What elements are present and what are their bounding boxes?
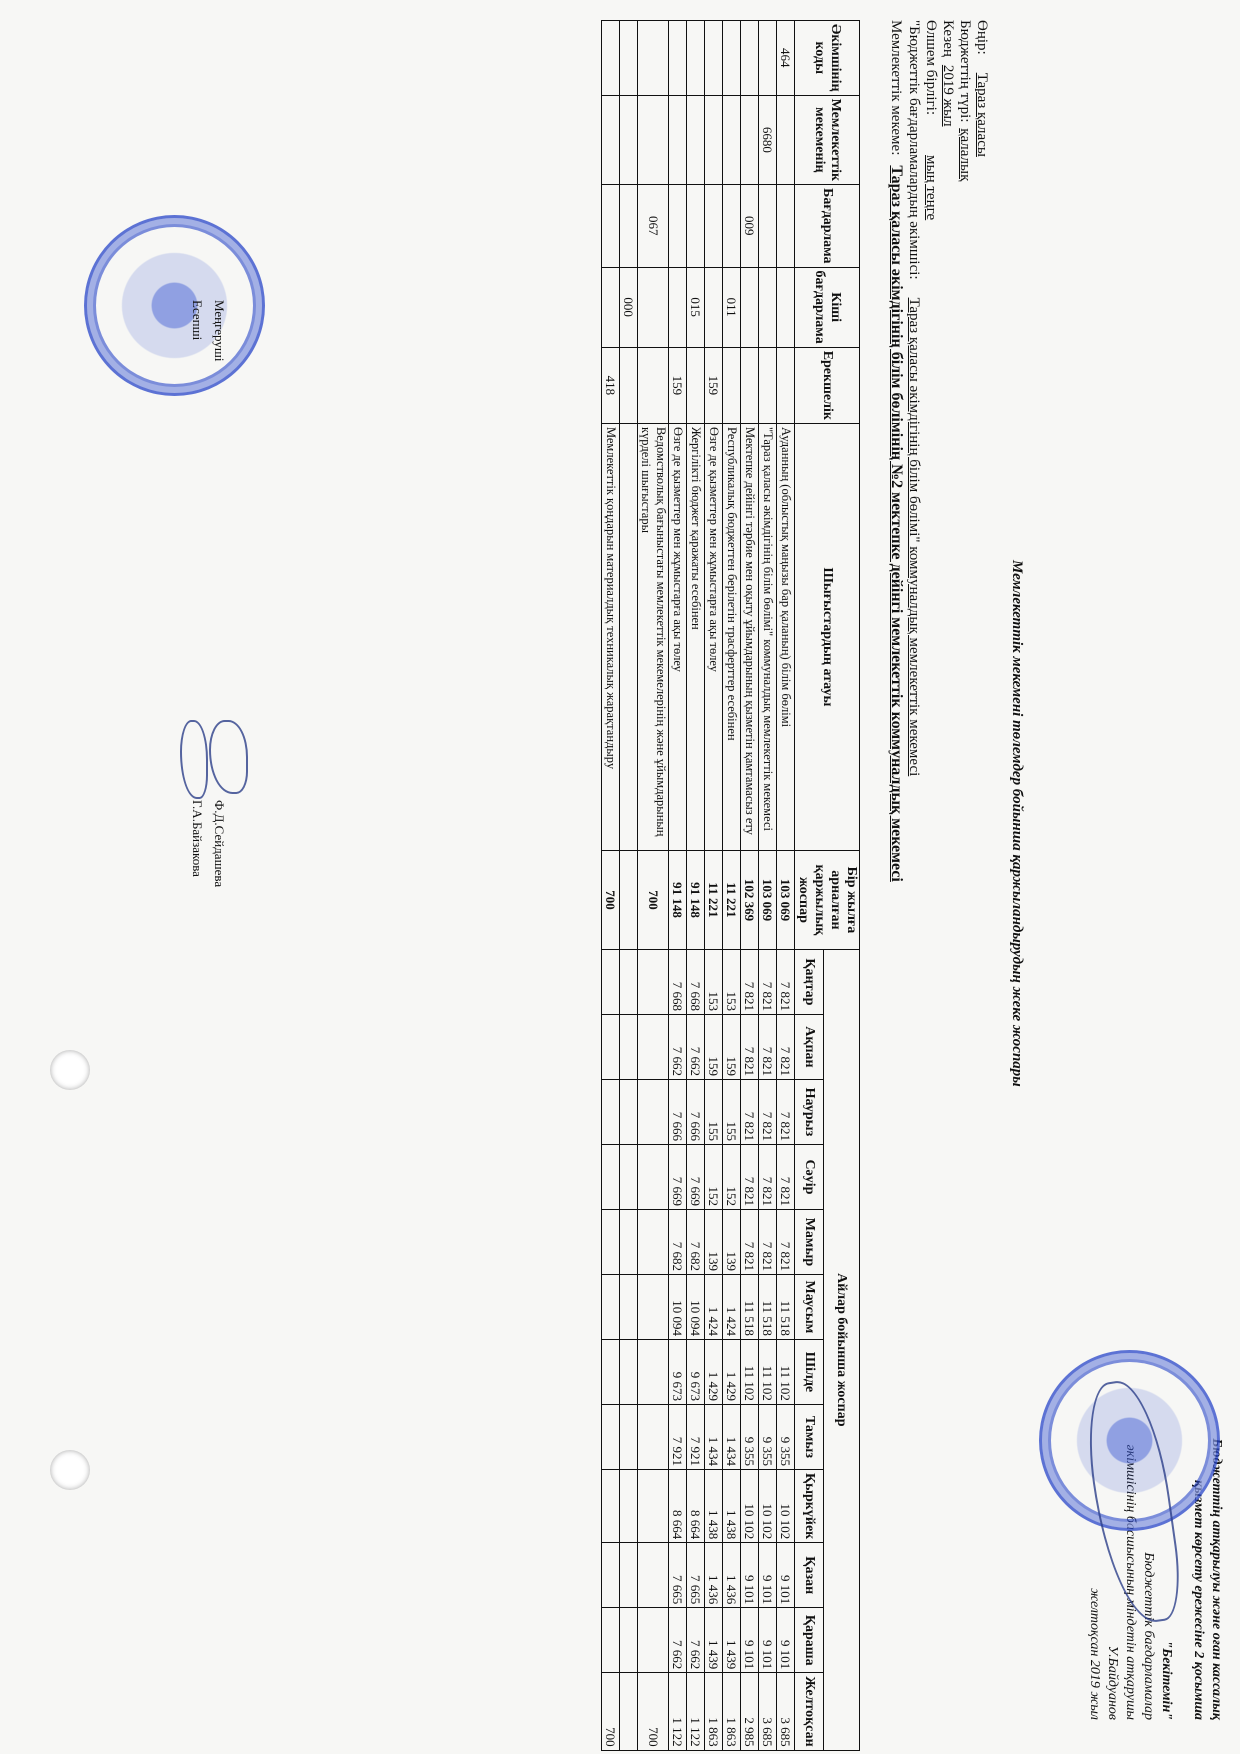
cell-month: 7 821: [777, 1079, 795, 1144]
cell-inst: [669, 95, 687, 185]
cell-annual: 700: [602, 850, 620, 949]
region-value: Тараз қаласы: [974, 73, 990, 157]
cell-month: 7 665: [669, 1543, 687, 1608]
cell-month: [638, 1079, 669, 1144]
cell-month: [620, 1339, 638, 1404]
cell-month: 7 921: [669, 1404, 687, 1469]
cell-month: [638, 1144, 669, 1209]
cell-month: [620, 1144, 638, 1209]
cell-month: 3 685: [777, 1673, 795, 1750]
cell-month: [638, 1543, 669, 1608]
col-month: Маусым: [795, 1274, 824, 1339]
cell-prog: [777, 185, 795, 267]
cell-prog: [687, 185, 705, 267]
cell-prog: 009: [741, 185, 759, 267]
cell-month: 7 821: [741, 1079, 759, 1144]
col-month: Қазан: [795, 1543, 824, 1608]
punch-hole-icon: [50, 1050, 90, 1090]
cell-month: [620, 949, 638, 1014]
cell-name: Ведомстволық бағыныстағы мемлекеттік мек…: [638, 423, 669, 850]
cell-prog: [602, 185, 620, 267]
table-row: 009Мектепке дейінгі тәрбие мен оқыту ұйы…: [741, 21, 759, 1751]
cell-inst: [741, 95, 759, 185]
landscape-page: Өңір:Тараз қаласы Бюджеттің түрі: қалалы…: [0, 0, 1240, 1754]
cell-annual: [620, 850, 638, 949]
cell-month: 1 434: [723, 1404, 741, 1469]
cell-month: 7 662: [687, 1014, 705, 1079]
cell-month: 11 518: [759, 1274, 777, 1339]
financing-plan-table: Әкімшінің коды Мемлекеттік мекеменің Бағ…: [601, 20, 860, 1751]
cell-month: 7 821: [777, 949, 795, 1014]
cell-annual: 11 221: [705, 850, 723, 949]
cell-annual: 11 221: [723, 850, 741, 949]
cell-admin: [759, 21, 777, 96]
col-expense-name: Шығыстардың атауы: [795, 423, 860, 850]
signer-name-accountant: Г.А.Байзакова: [186, 800, 208, 887]
cell-admin: [669, 21, 687, 96]
cell-spec: [638, 347, 669, 423]
cell-month: [620, 1014, 638, 1079]
cell-month: 9 101: [741, 1543, 759, 1608]
cell-month: 1 434: [705, 1404, 723, 1469]
col-month: Желтоқсан: [795, 1673, 824, 1750]
cell-month: 139: [705, 1209, 723, 1274]
cell-name: Жергілікті бюджет қаражаты есебінен: [687, 423, 705, 850]
cell-month: 152: [723, 1144, 741, 1209]
cell-spec: [620, 347, 638, 423]
col-month: Шілде: [795, 1339, 824, 1404]
table-row: 6680"Тараз қаласы әкімдігінің білім бөлі…: [759, 21, 777, 1751]
cell-month: 9 101: [759, 1543, 777, 1608]
cell-month: 7 821: [759, 1209, 777, 1274]
cell-month: 155: [723, 1079, 741, 1144]
cell-sub: 015: [687, 267, 705, 347]
cell-month: 10 102: [759, 1469, 777, 1542]
table-row: 464Ауданның (облыстық маңызы бар қаланың…: [777, 21, 795, 1751]
cell-inst: [602, 95, 620, 185]
cell-prog: [620, 185, 638, 267]
cell-month: 139: [723, 1209, 741, 1274]
signers-block: Меңгеруші Есепші Ф.Д.Сейдашева Г.А.Байза…: [186, 300, 230, 362]
cell-month: [638, 949, 669, 1014]
period-line: Кезең2019 жыл: [939, 20, 956, 882]
cell-month: 1 429: [705, 1339, 723, 1404]
cell-admin: [638, 21, 669, 96]
cell-spec: [723, 347, 741, 423]
table-row: 015Жергілікті бюджет қаражаты есебінен91…: [687, 21, 705, 1751]
table-row: 159Өзге де қызметтер мен жұмыстарға ақы …: [669, 21, 687, 1751]
period-value: 2019 жыл: [940, 65, 956, 127]
cell-month: 9 673: [669, 1339, 687, 1404]
cell-name: Өзге де қызметтер мен жұмыстарға ақы төл…: [705, 423, 723, 850]
cell-annual: 103 069: [759, 850, 777, 949]
cell-month: [602, 1469, 620, 1542]
signer-role-accountant: Есепші: [186, 300, 208, 362]
cell-month: 11 518: [777, 1274, 795, 1339]
cell-annual: 91 148: [687, 850, 705, 949]
cell-month: 10 094: [669, 1274, 687, 1339]
col-annual-plan: Бір жылға арналған қаржылық жоспар: [795, 850, 860, 949]
cell-inst: 6680: [759, 95, 777, 185]
cell-month: 10 094: [687, 1274, 705, 1339]
cell-month: [638, 1209, 669, 1274]
cell-month: 9 101: [741, 1608, 759, 1673]
cell-month: 8 664: [669, 1469, 687, 1542]
budget-type-line: Бюджеттің түрі: қалалық: [956, 20, 973, 882]
cell-sub: [669, 267, 687, 347]
cell-month: 7 821: [741, 1209, 759, 1274]
cell-month: 153: [723, 949, 741, 1014]
cell-prog: [669, 185, 687, 267]
cell-month: [638, 1339, 669, 1404]
cell-month: 10 102: [741, 1469, 759, 1542]
table-row: 011Республикалық бюджеттен берілетін тра…: [723, 21, 741, 1751]
cell-month: 7 669: [687, 1144, 705, 1209]
cell-month: 7 821: [759, 949, 777, 1014]
cell-month: 7 666: [669, 1079, 687, 1144]
col-institution: Мемлекеттік мекеменің: [795, 95, 860, 185]
col-admin-code: Әкімшінің коды: [795, 21, 860, 96]
cell-prog: [759, 185, 777, 267]
cell-sub: [741, 267, 759, 347]
cell-month: [620, 1404, 638, 1469]
cell-month: [602, 1274, 620, 1339]
cell-month: 8 664: [687, 1469, 705, 1542]
cell-name: Республикалық бюджеттен берілетін трасфе…: [723, 423, 741, 850]
cell-admin: [741, 21, 759, 96]
cell-spec: 159: [669, 347, 687, 423]
cell-month: 159: [705, 1014, 723, 1079]
cell-month: 1 429: [723, 1339, 741, 1404]
cell-month: 153: [705, 949, 723, 1014]
cell-month: 7 662: [687, 1608, 705, 1673]
col-specifics: Ерекшелік: [795, 347, 860, 423]
table-body: 464Ауданның (облыстық маңызы бар қаланың…: [602, 21, 795, 1751]
col-month: Сәуір: [795, 1144, 824, 1209]
cell-month: [602, 1144, 620, 1209]
cell-sub: 011: [723, 267, 741, 347]
cell-month: 7 668: [687, 949, 705, 1014]
administrator-value: Тараз қаласы әкімдігінің білім бөлімі" к…: [906, 298, 922, 777]
cell-month: 9 101: [777, 1543, 795, 1608]
cell-month: 155: [705, 1079, 723, 1144]
cell-month: 7 668: [669, 949, 687, 1014]
cell-spec: [759, 347, 777, 423]
cell-month: 11 102: [759, 1339, 777, 1404]
cell-month: 7 821: [777, 1014, 795, 1079]
col-month: Қаңтар: [795, 949, 824, 1014]
col-monthly-group: Айлар бойынша жоспар: [823, 949, 859, 1750]
cell-spec: [741, 347, 759, 423]
cell-admin: 464: [777, 21, 795, 96]
cell-inst: [687, 95, 705, 185]
cell-month: 1 424: [723, 1274, 741, 1339]
cell-month: [620, 1673, 638, 1750]
cell-month: [638, 1608, 669, 1673]
cell-month: 1 439: [723, 1608, 741, 1673]
cell-month: 3 685: [759, 1673, 777, 1750]
cell-month: [602, 1404, 620, 1469]
col-month: Тамыз: [795, 1404, 824, 1469]
cell-month: [638, 1014, 669, 1079]
cell-sub: [638, 267, 669, 347]
cell-month: 9 101: [777, 1608, 795, 1673]
cell-month: [620, 1079, 638, 1144]
cell-month: 1 122: [687, 1673, 705, 1750]
cell-prog: 067: [638, 185, 669, 267]
cell-month: 7 821: [759, 1014, 777, 1079]
cell-month: [638, 1274, 669, 1339]
cell-name: [620, 423, 638, 850]
cell-annual: 103 069: [777, 850, 795, 949]
col-subprogram: Кіші бағдарлама: [795, 267, 860, 347]
cell-month: 1 436: [723, 1543, 741, 1608]
cell-month: [620, 1543, 638, 1608]
cell-month: 7 662: [669, 1014, 687, 1079]
cell-admin: [620, 21, 638, 96]
unit-value: мың теңге: [923, 155, 939, 220]
cell-month: 11 102: [777, 1339, 795, 1404]
budget-type-value: қалалық: [957, 128, 973, 181]
cell-month: 7 821: [759, 1079, 777, 1144]
document-title: Мемлекеттік мекемені төлемдер бойынша қа…: [1008, 560, 1025, 1087]
cell-inst: [777, 95, 795, 185]
cell-inst: [638, 95, 669, 185]
cell-month: [602, 1079, 620, 1144]
cell-month: 9 355: [759, 1404, 777, 1469]
cell-name: Ауданның (облыстық маңызы бар қаланың) б…: [777, 423, 795, 850]
col-month: Қыркүйек: [795, 1469, 824, 1542]
cell-annual: 700: [638, 850, 669, 949]
signer-name-head: Ф.Д.Сейдашева: [208, 800, 230, 887]
col-month: Наурыз: [795, 1079, 824, 1144]
cell-month: 7 821: [759, 1144, 777, 1209]
table-row: 418Мемлекеттік қоңдарын материалдық техн…: [602, 21, 620, 1751]
cell-spec: [777, 347, 795, 423]
cell-month: 11 102: [741, 1339, 759, 1404]
cell-month: 7 666: [687, 1079, 705, 1144]
cell-month: 1 439: [705, 1608, 723, 1673]
cell-month: 700: [638, 1673, 669, 1750]
cell-month: 9 673: [687, 1339, 705, 1404]
table-row: 067Ведомстволық бағыныстағы мемлекеттік …: [638, 21, 669, 1751]
punch-hole-icon: [50, 1450, 90, 1490]
institution-line: Мемлекеттік мекеме:Тараз қаласы әкімдігі…: [887, 20, 905, 882]
cell-month: 7 662: [669, 1608, 687, 1673]
cell-name: Мемлекеттік қоңдарын материалдық техника…: [602, 423, 620, 850]
cell-annual: 102 369: [741, 850, 759, 949]
cell-month: 2 985: [741, 1673, 759, 1750]
institution-value: Тараз қаласы әкімдігінің білім бөлімінің…: [888, 165, 905, 882]
cell-month: 7 669: [669, 1144, 687, 1209]
cell-inst: [723, 95, 741, 185]
cell-spec: [687, 347, 705, 423]
cell-month: [620, 1209, 638, 1274]
cell-month: 700: [602, 1673, 620, 1750]
cell-month: 7 682: [687, 1209, 705, 1274]
cell-prog: [723, 185, 741, 267]
administrator-line: "Бюджеттік бағдарламалардың әкімшісі:Тар…: [905, 20, 922, 882]
cell-month: 11 518: [741, 1274, 759, 1339]
signature-head-icon: [209, 720, 248, 794]
cell-admin: [687, 21, 705, 96]
cell-month: 10 102: [777, 1469, 795, 1542]
cell-month: 1 424: [705, 1274, 723, 1339]
signature-accountant-icon: [180, 720, 208, 799]
cell-month: [620, 1608, 638, 1673]
cell-name: Өзге де қызметтер мен жұмыстарға ақы төл…: [669, 423, 687, 850]
cell-month: [602, 949, 620, 1014]
cell-month: 7 821: [741, 949, 759, 1014]
cell-month: 7 821: [777, 1209, 795, 1274]
cell-month: 9 101: [759, 1608, 777, 1673]
cell-prog: [705, 185, 723, 267]
cell-name: Мектепке дейінгі тәрбие мен оқыту ұйымда…: [741, 423, 759, 850]
col-month: Ақпан: [795, 1014, 824, 1079]
cell-month: 1 436: [705, 1543, 723, 1608]
cell-month: 7 665: [687, 1543, 705, 1608]
cell-inst: [705, 95, 723, 185]
cell-sub: [759, 267, 777, 347]
scanned-document: Өңір:Тараз қаласы Бюджеттің түрі: қалалы…: [0, 0, 1240, 1754]
cell-spec: 159: [705, 347, 723, 423]
cell-admin: [602, 21, 620, 96]
cell-month: 1 122: [669, 1673, 687, 1750]
cell-sub: 000: [620, 267, 638, 347]
col-program: Бағдарлама: [795, 185, 860, 267]
cell-month: [620, 1274, 638, 1339]
cell-sub: [777, 267, 795, 347]
signer-role-head: Меңгеруші: [208, 300, 230, 362]
cell-month: 7 821: [741, 1144, 759, 1209]
cell-month: 1 438: [705, 1469, 723, 1542]
cell-month: 7 682: [669, 1209, 687, 1274]
cell-month: 1 438: [723, 1469, 741, 1542]
cell-month: 7 821: [741, 1014, 759, 1079]
cell-month: 7 821: [777, 1144, 795, 1209]
cell-sub: [705, 267, 723, 347]
cell-month: 1 863: [705, 1673, 723, 1750]
cell-name: "Тараз қаласы әкімдігінің білім бөлімі" …: [759, 423, 777, 850]
institution-stamp-icon: [84, 215, 265, 396]
cell-month: [602, 1209, 620, 1274]
cell-month: [638, 1469, 669, 1542]
col-month: Мамыр: [795, 1209, 824, 1274]
table-row: 159Өзге де қызметтер мен жұмыстарға ақы …: [705, 21, 723, 1751]
cell-month: 1 863: [723, 1673, 741, 1750]
cell-sub: [602, 267, 620, 347]
cell-month: [638, 1404, 669, 1469]
cell-month: [602, 1608, 620, 1673]
cell-month: 152: [705, 1144, 723, 1209]
cell-month: 9 355: [777, 1404, 795, 1469]
unit-line: Өлшем бірлігі:мың теңге: [922, 20, 939, 882]
cell-annual: 91 148: [669, 850, 687, 949]
cell-month: [620, 1469, 638, 1542]
cell-spec: 418: [602, 347, 620, 423]
cell-month: 159: [723, 1014, 741, 1079]
cell-admin: [723, 21, 741, 96]
cell-month: 7 921: [687, 1404, 705, 1469]
cell-month: [602, 1543, 620, 1608]
cell-month: [602, 1339, 620, 1404]
cell-month: [602, 1014, 620, 1079]
table-row: 000: [620, 21, 638, 1751]
cell-admin: [705, 21, 723, 96]
col-month: Қараша: [795, 1608, 824, 1673]
document-header: Өңір:Тараз қаласы Бюджеттің түрі: қалалы…: [887, 20, 990, 882]
cell-inst: [620, 95, 638, 185]
region-line: Өңір:Тараз қаласы: [973, 20, 990, 882]
cell-month: 9 355: [741, 1404, 759, 1469]
